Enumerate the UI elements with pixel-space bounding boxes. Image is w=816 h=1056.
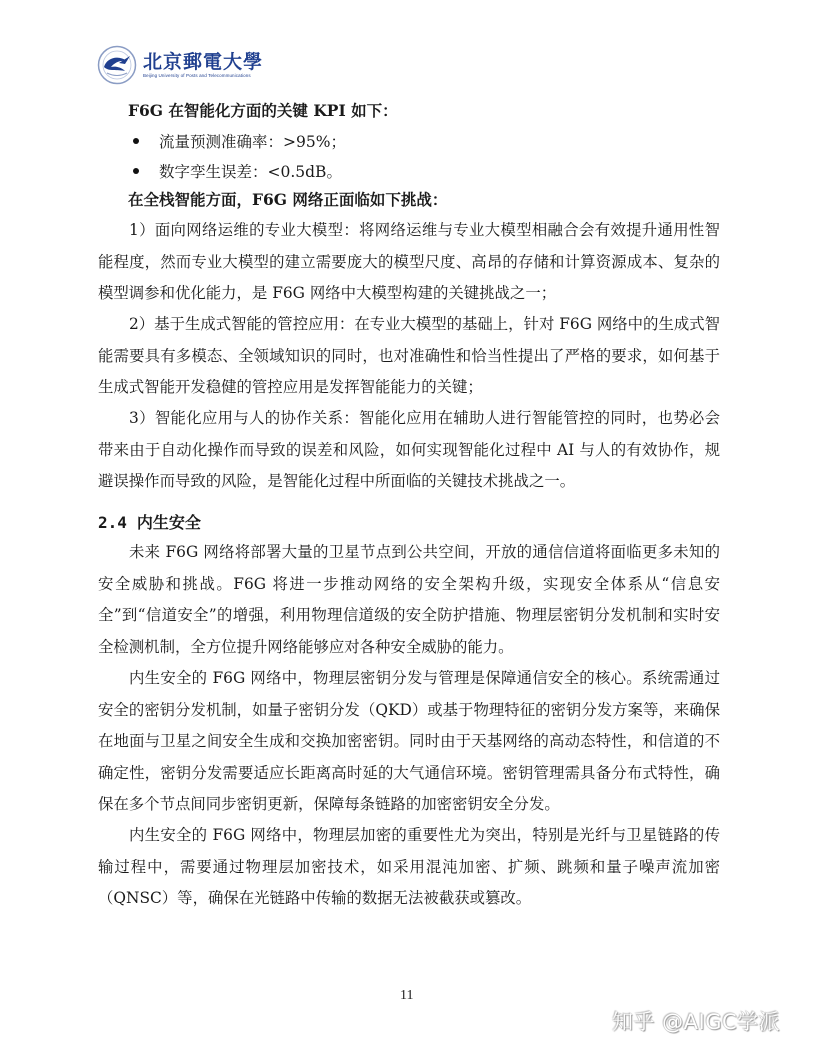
security-paragraph-2: 内生安全的 F6G 网络中，物理层密钥分发与管理是保障通信安全的核心。系统需通过…	[98, 663, 720, 821]
university-name-cn: 北京郵電大學	[143, 51, 263, 73]
bullet-icon	[133, 168, 139, 174]
security-paragraph-3: 内生安全的 F6G 网络中，物理层加密的重要性尤为突出，特别是光纤与卫星链路的传…	[98, 820, 720, 915]
watermark: 知乎 @AIGC学派	[612, 1006, 780, 1036]
section-title: 内生安全	[137, 513, 201, 532]
university-emblem-icon	[97, 45, 137, 85]
page-number: 11	[400, 988, 413, 1004]
kpi-list-item: 流量预测准确率：>95%；	[133, 132, 346, 152]
university-name-en: Beijing University of Posts and Telecomm…	[143, 73, 263, 79]
section-heading: 2.4内生安全	[98, 512, 201, 534]
kpi-item-text: 流量预测准确率：>95%；	[159, 133, 346, 151]
kpi-item-text: 数字孪生误差：<0.5dB。	[159, 163, 342, 181]
challenge-paragraph-1: 1）面向网络运维的专业大模型：将网络运维与专业大模型相融合会有效提升通用性智能程…	[98, 215, 720, 310]
kpi-list-item: 数字孪生误差：<0.5dB。	[133, 162, 342, 182]
document-page: 北京郵電大學 Beijing University of Posts and T…	[0, 0, 816, 1056]
challenge-paragraph-2: 2）基于生成式智能的管控应用：在专业大模型的基础上，针对 F6G 网络中的生成式…	[98, 309, 720, 404]
challenges-heading: 在全栈智能方面，F6G 网络正面临如下挑战：	[128, 189, 447, 211]
university-logo: 北京郵電大學 Beijing University of Posts and T…	[97, 44, 277, 86]
section-number: 2.4	[98, 513, 127, 532]
challenge-paragraph-3: 3）智能化应用与人的协作关系：智能化应用在辅助人进行智能管控的同时，也势必会带来…	[98, 403, 720, 498]
bullet-icon	[133, 138, 139, 144]
security-paragraph-1: 未来 F6G 网络将部署大量的卫星节点到公共空间，开放的通信信道将面临更多未知的…	[98, 537, 720, 663]
kpi-heading: F6G 在智能化方面的关键 KPI 如下：	[128, 100, 398, 122]
